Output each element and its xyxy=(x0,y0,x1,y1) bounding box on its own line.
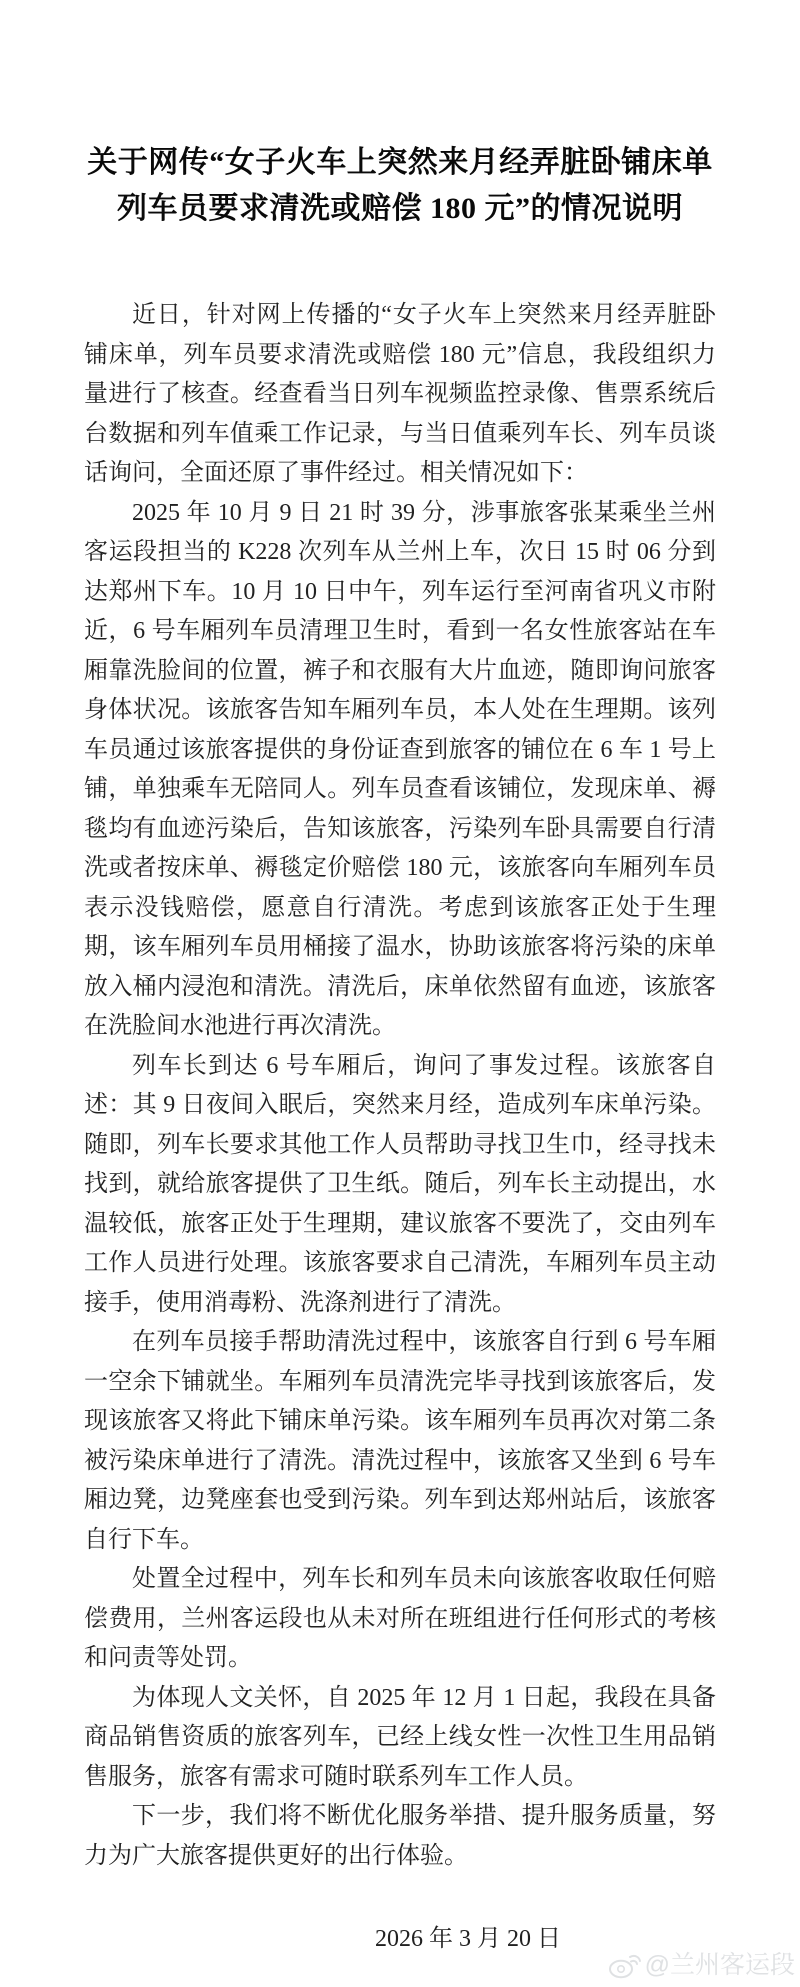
watermark-text: @兰州客运段 xyxy=(645,1953,795,1978)
paragraph: 处置全过程中，列车长和列车员未向该旅客收取任何赔偿费用，兰州客运段也从未对所在班… xyxy=(84,1560,716,1679)
paragraph: 2025 年 10 月 9 日 21 时 39 分，涉事旅客张某乘坐兰州客运段担… xyxy=(84,494,716,1047)
document-body: 近日，针对网上传播的“女子火车上突然来月经弄脏卧铺床单，列车员要求清洗或赔偿 1… xyxy=(84,296,716,1876)
paragraph: 为体现人文关怀，自 2025 年 12 月 1 日起，我段在具备商品销售资质的旅… xyxy=(84,1679,716,1798)
weibo-icon xyxy=(608,1951,642,1979)
paragraph: 下一步，我们将不断优化服务举措、提升服务质量，努力为广大旅客提供更好的出行体验。 xyxy=(84,1797,716,1876)
paragraph: 在列车员接手帮助清洗过程中，该旅客自行到 6 号车厢一空余下铺就坐。车厢列车员清… xyxy=(84,1323,716,1560)
title-line-2: 列车员要求清洗或赔偿 180 元”的情况说明 xyxy=(0,186,800,232)
page-title: 关于网传“女子火车上突然来月经弄脏卧铺床单 列车员要求清洗或赔偿 180 元”的… xyxy=(0,140,800,232)
paragraph: 近日，针对网上传播的“女子火车上突然来月经弄脏卧铺床单，列车员要求清洗或赔偿 1… xyxy=(84,296,716,494)
paragraph: 列车长到达 6 号车厢后，询问了事发过程。该旅客自述：其 9 日夜间入眠后，突然… xyxy=(84,1047,716,1324)
title-line-1: 关于网传“女子火车上突然来月经弄脏卧铺床单 xyxy=(0,140,800,186)
weibo-watermark: @兰州客运段 xyxy=(608,1951,795,1979)
document-page: 关于网传“女子火车上突然来月经弄脏卧铺床单 列车员要求清洗或赔偿 180 元”的… xyxy=(0,0,800,1987)
